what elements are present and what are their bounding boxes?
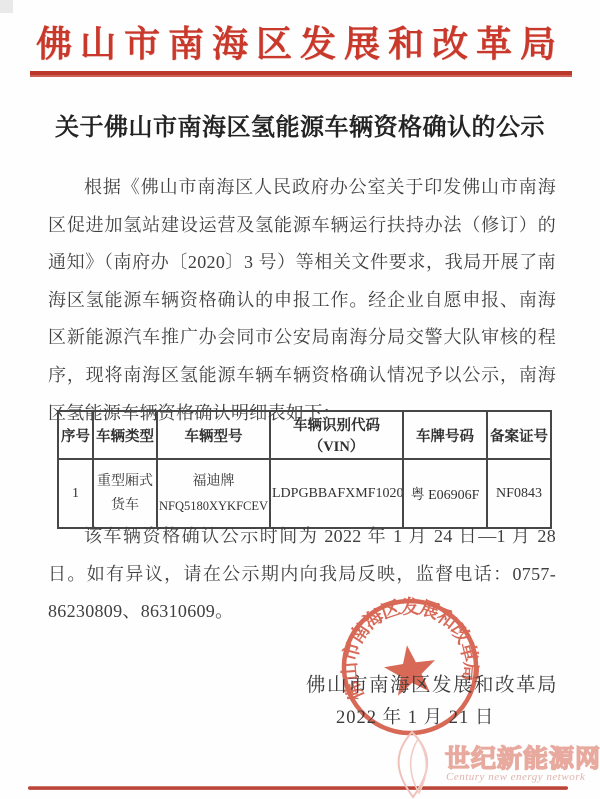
col-header-seq: 序号 [58,411,93,459]
col-header-vin: 车辆识别代码（VIN） [270,411,403,459]
vehicle-model-code: NFQ5180XYKFCEV [159,494,268,518]
col-header-cert: 备案证号 [487,411,551,459]
notice-title: 关于佛山市南海区氢能源车辆资格确认的公示 [0,107,600,142]
vehicle-type-line2: 货车 [95,494,155,518]
scan-corner-artifact [0,0,13,13]
vehicle-qualification-table: 序号 车辆类型 车辆型号 车辆识别代码（VIN） 车牌号码 备案证号 1 重型厢… [57,410,552,529]
notice-period-paragraph: 该车辆资格确认公示时间为 2022 年 1 月 24 日—1 月 28 日。如有… [48,518,556,631]
watermark-site-name: 世纪新能源网 [445,739,600,775]
vehicle-model-brand: 福迪牌 [159,470,268,494]
issue-date: 2022 年 1 月 21 日 [336,703,494,729]
col-header-vehicle-model: 车辆型号 [157,411,270,459]
site-watermark: 世纪新能源网 Century new energy network [383,731,598,799]
col-header-vehicle-type: 车辆类型 [93,411,157,459]
issuing-agency-signature: 佛山市南海区发展和改革局 [306,669,558,697]
vehicle-type-line1: 重型厢式 [95,470,155,494]
notice-document: 佛山市南海区发展和改革局 关于佛山市南海区氢能源车辆资格确认的公示 根据《佛山市… [0,0,600,799]
notice-body-paragraph: 根据《佛山市南海区人民政府办公室关于印发佛山市南海区促进加氢站建设运营及氢能源车… [48,169,556,432]
flame-logo-icon [385,731,443,799]
watermark-site-name-en: Century new energy network [446,771,585,783]
table-header-row: 序号 车辆类型 车辆型号 车辆识别代码（VIN） 车牌号码 备案证号 [58,411,551,459]
col-header-plate: 车牌号码 [403,411,487,459]
letterhead-divider [30,71,572,77]
agency-letterhead: 佛山市南海区发展和改革局 [0,16,600,67]
